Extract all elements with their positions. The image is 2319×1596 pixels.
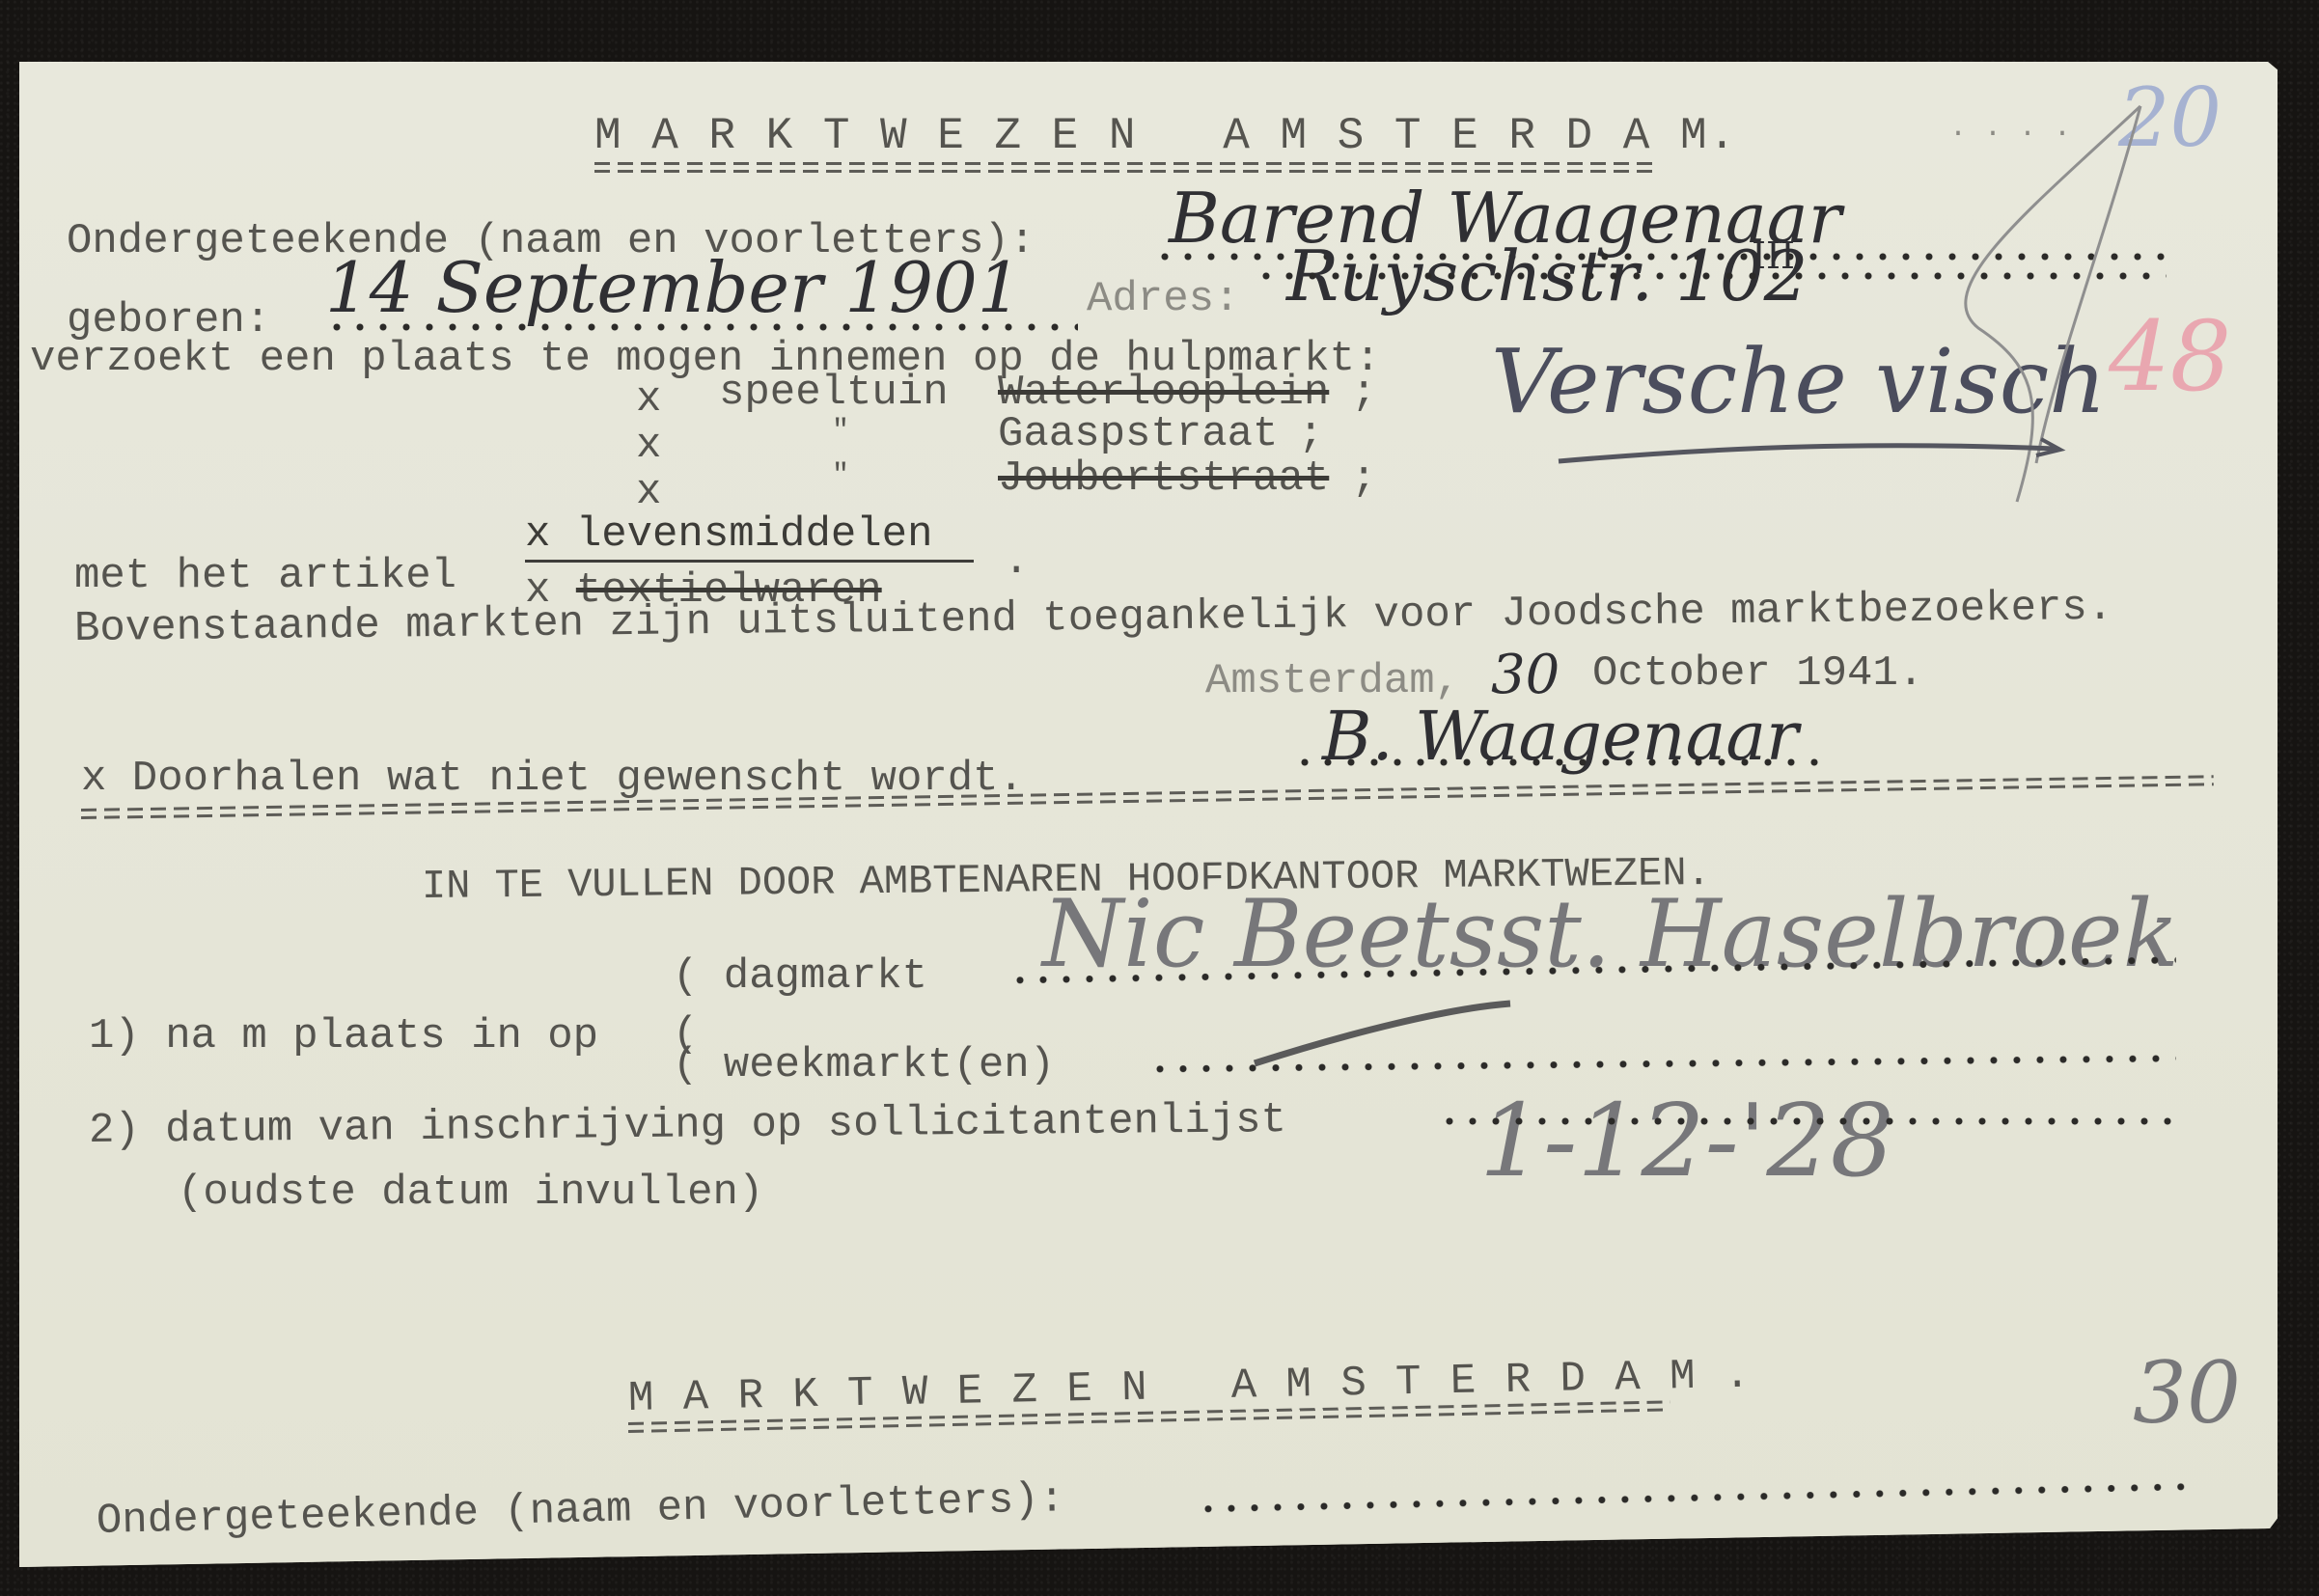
address-floor: III [1752, 237, 1795, 274]
market-1-marker[interactable]: x [636, 378, 661, 421]
born-dotted-line [325, 323, 1078, 331]
date-rest: October 1941. [1592, 652, 1923, 695]
article-option-1-label: levensmiddelen [576, 510, 933, 559]
dagmarkt-label: ( dagmarkt [673, 955, 927, 998]
market-3-ditto: " [832, 461, 849, 490]
item2-dotted-line [1438, 1117, 2181, 1125]
item1-label: 1) na m plaats in op [89, 1015, 598, 1058]
address-dotted-line [1255, 272, 2167, 280]
market-1-name: Waterlooplein [998, 371, 1329, 414]
article-handwritten[interactable]: Versche visch [1491, 338, 2107, 427]
born-handwritten[interactable]: 14 September 1901 [325, 253, 1022, 322]
market-3-marker[interactable]: x [636, 471, 661, 513]
market-2-ditto: " [832, 417, 849, 446]
header-trailing-dots: . . . . [1949, 114, 2071, 143]
market-3-name: Joubertstraat [998, 457, 1329, 500]
market-2-marker[interactable]: x [636, 425, 661, 467]
weekmarkt-label: ( weekmarkt(en) [673, 1044, 1055, 1087]
address-label: Adres: [1087, 278, 1239, 320]
article-fraction-rule [525, 560, 974, 563]
market-1-suffix: ; [1351, 371, 1376, 414]
date-day-handwritten[interactable]: 30 [1491, 648, 1560, 702]
article-option-1[interactable]: x levensmiddelen [525, 513, 932, 556]
margin-note-pencil: 30 [2133, 1351, 2241, 1436]
article-label: met het artikel [74, 555, 456, 597]
margin-note-red: 48 [2109, 309, 2231, 405]
strike-note: x Doorhalen wat niet gewenscht wordt. [81, 757, 1024, 800]
market-2-name: Gaaspstraat [998, 413, 1278, 455]
item2-note: (oudste datum invullen) [178, 1171, 763, 1214]
header-double-underline [594, 162, 1656, 174]
form-header: M A R K T W E Z E N A M S T E R D A M. [594, 114, 1737, 158]
market-2-suffix: ; [1298, 413, 1323, 455]
margin-note-blue: 20 [2118, 77, 2222, 158]
article-period: . [1004, 540, 1029, 583]
signature-dotted-line [1293, 758, 1834, 766]
item2-date-handwritten[interactable]: 1-12-'28 [1479, 1090, 1894, 1191]
market-3-suffix: ; [1351, 457, 1376, 500]
article-option-1-marker: x [525, 510, 550, 559]
item2-label: 2) datum van inschrijving op sollicitant… [89, 1099, 1286, 1152]
market-1-prefix: speeltuin [719, 371, 949, 414]
